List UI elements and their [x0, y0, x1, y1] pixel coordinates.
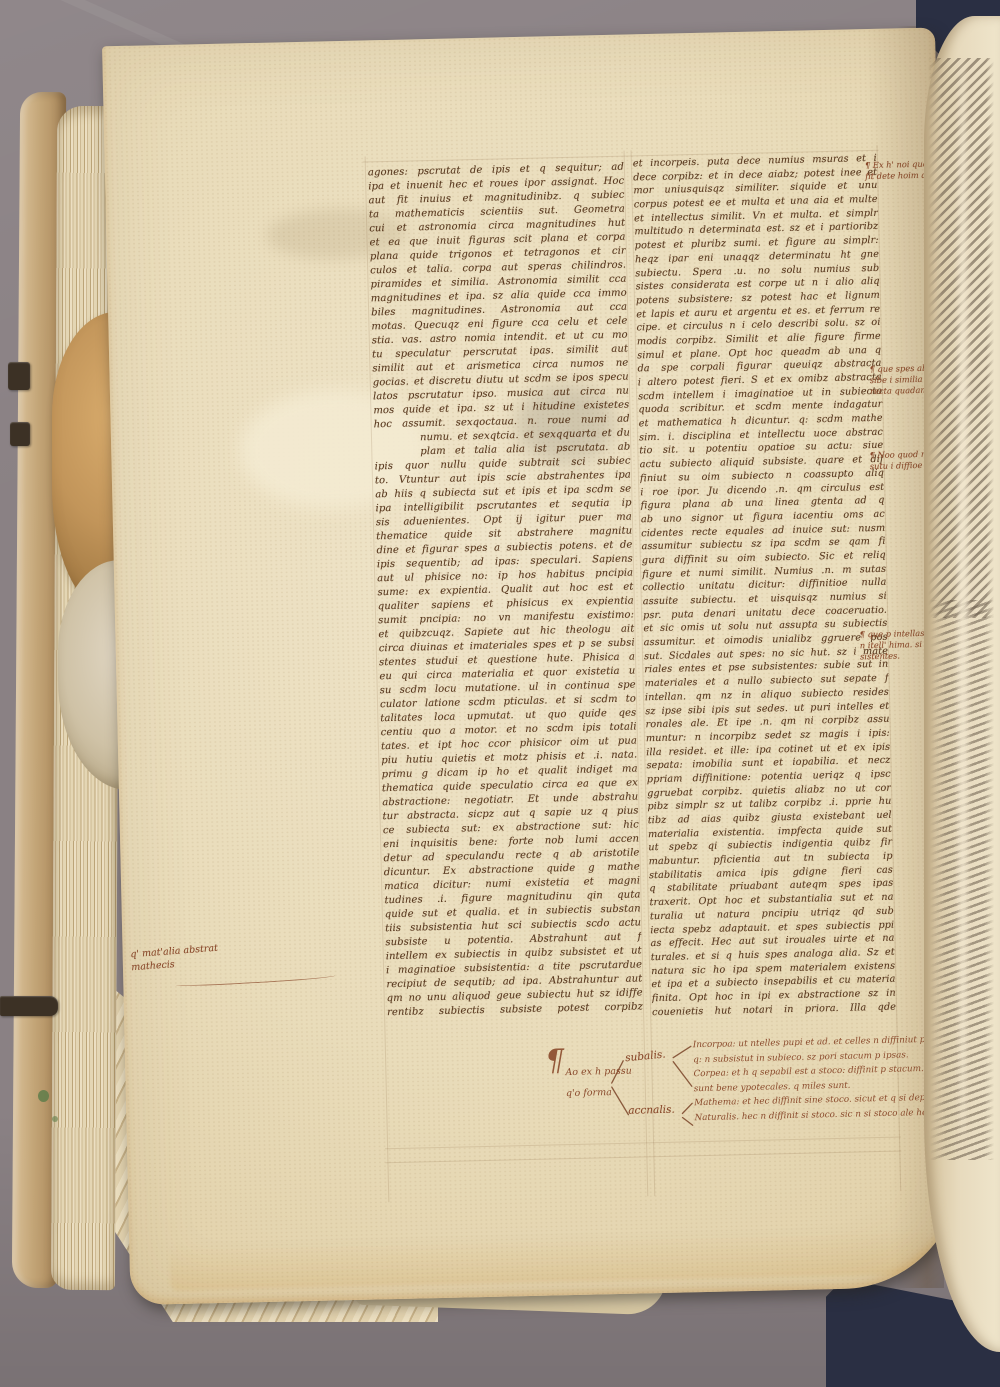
diagram-node-accidentalis: accnalis.	[628, 1104, 675, 1117]
diagram-label-line: Ao ex h passu	[565, 1060, 655, 1083]
bottom-schema-diagram: ¶ Ao ex h passuq'o forma subalis. accnal…	[102, 28, 963, 1306]
clasp-remnant	[0, 996, 58, 1016]
clasp-remnant	[10, 422, 30, 446]
diagram-label-line: q'o forma	[566, 1081, 656, 1104]
verdigris-stain	[38, 1090, 49, 1102]
manuscript-page: agones: pscrutat de ipis et q sequitur; …	[102, 28, 963, 1306]
facing-page-column-gutter	[958, 60, 968, 1140]
verdigris-stain	[52, 1116, 58, 1122]
manuscript-photo: agones: pscrutat de ipis et q sequitur; …	[0, 0, 1000, 1387]
paragraph-mark-icon: ¶	[545, 1044, 565, 1078]
clasp-remnant	[8, 362, 30, 390]
diagram-root-label: Ao ex h passuq'o forma	[565, 1060, 656, 1104]
diagram-node-substantialis: subalis.	[625, 1048, 667, 1064]
